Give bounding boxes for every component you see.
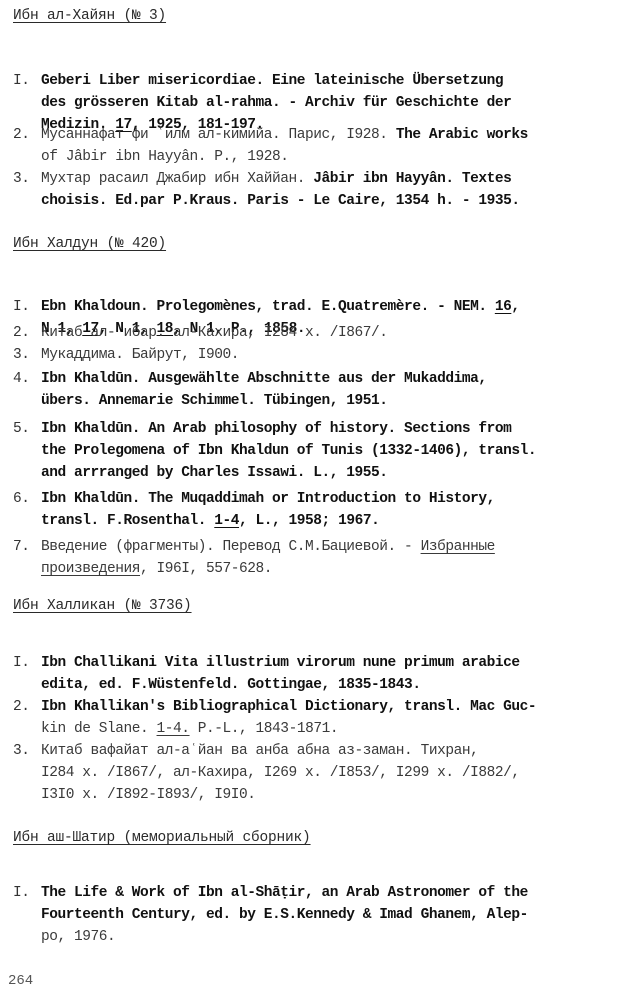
entry-text: Введение (фрагменты). Перевод С.М.Бациев… xyxy=(41,539,421,555)
entry-text: , xyxy=(511,299,519,315)
entry-number: I. xyxy=(13,882,41,904)
entry-text: 1-4. xyxy=(157,721,190,737)
entry-line: Fourteenth Century, ed. by E.S.Kennedy &… xyxy=(13,904,603,926)
entry-text: Geberi Liber misericordiae. Eine lateini… xyxy=(41,73,503,89)
entry-number: I. xyxy=(13,70,41,92)
bibliography-entry: 5.Ibn Khaldūn. An Arab philosophy of his… xyxy=(13,418,603,484)
entry-line: choisis. Ed.par P.Kraus. Paris - Le Cair… xyxy=(13,190,603,212)
entry-text: Ebn Khaldoun. Prolegomènes, trad. E.Quat… xyxy=(41,299,495,315)
entry-line: transl. F.Rosenthal. 1-4, L., 1958; 1967… xyxy=(13,510,603,532)
entry-line: I.Geberi Liber misericordiae. Eine latei… xyxy=(13,70,603,92)
entry-line: I.The Life & Work of Ibn al-Shāṭir, an A… xyxy=(13,882,603,904)
entry-text: P.-L., 1843-1871. xyxy=(190,721,339,737)
bibliography-entry: 3.Мукаддима. Байрут, I900. xyxy=(13,344,603,366)
entry-number: 3. xyxy=(13,344,41,366)
bibliography-entry: I.Ibn Challikani Vita illustrium virorum… xyxy=(13,652,603,696)
entry-text: Ibn Challikani Vita illustrium virorum n… xyxy=(41,655,520,671)
entry-number: 2. xyxy=(13,322,41,344)
entry-line: I.Ibn Challikani Vita illustrium virorum… xyxy=(13,652,603,674)
entry-text: Китаб вафайат ал-аʿйан ва анба абна аз-з… xyxy=(41,743,478,759)
entry-number: 2. xyxy=(13,124,41,146)
entry-text: transl. F.Rosenthal. xyxy=(41,513,214,529)
entry-line: 6.Ibn Khaldūn. The Muqaddimah or Introdu… xyxy=(13,488,603,510)
page-number: 264 xyxy=(8,973,33,989)
entry-text: edita, ed. F.Wüstenfeld. Gottingae, 1835… xyxy=(41,677,421,693)
entry-number: 3. xyxy=(13,168,41,190)
entry-line: po, 1976. xyxy=(13,926,603,948)
entry-text: choisis. Ed.par P.Kraus. Paris - Le Cair… xyxy=(41,193,520,209)
bibliography-entry: 2.Китаб ал-ʿибар. ал-Кахира, I284 х. /I8… xyxy=(13,322,603,344)
document-page: Ибн ал-Хайян (№ 3)I.Geberi Liber miseric… xyxy=(0,0,619,1000)
entry-line: 2.Мусаннафат фи ʿилм ал-кимийа. Парис, I… xyxy=(13,124,603,146)
entry-text: des grösseren Kitab al-rahma. - Archiv f… xyxy=(41,95,511,111)
entry-number: I. xyxy=(13,652,41,674)
entry-line: 2.Ibn Khallikan's Bibliographical Dictio… xyxy=(13,696,603,718)
entry-text: Мусаннафат фи ʿилм ал-кимийа. Парис, I92… xyxy=(41,127,396,143)
section-heading: Ибн Халликан (№ 3736) xyxy=(13,598,192,614)
entry-line: 3.Мукаддима. Байрут, I900. xyxy=(13,344,603,366)
bibliography-entry: 2.Ibn Khallikan's Bibliographical Dictio… xyxy=(13,696,603,740)
entry-line: 3.Китаб вафайат ал-аʿйан ва анба абна аз… xyxy=(13,740,603,762)
section-heading: Ибн аш-Шатир (мемориальный сборник) xyxy=(13,830,311,846)
entry-line: I.Ebn Khaldoun. Prolegomènes, trad. E.Qu… xyxy=(13,296,603,318)
entry-number: 5. xyxy=(13,418,41,440)
entry-text: kin de Slane. xyxy=(41,721,157,737)
entry-text: Ibn Khaldūn. Ausgewählte Abschnitte aus … xyxy=(41,371,487,387)
bibliography-entry: 3.Китаб вафайат ал-аʿйан ва анба абна аз… xyxy=(13,740,603,806)
entry-text: The Life & Work of Ibn al-Shāṭir, an Ara… xyxy=(41,885,528,901)
entry-line: произведения, I96I, 557-628. xyxy=(13,558,603,580)
entry-text: Мукаддима. Байрут, I900. xyxy=(41,347,239,363)
entry-line: 7.Введение (фрагменты). Перевод С.М.Баци… xyxy=(13,536,603,558)
entry-text: Мухтар расаил Джабир ибн Хаййан. xyxy=(41,171,313,187)
bibliography-entry: I.The Life & Work of Ibn al-Shāṭir, an A… xyxy=(13,882,603,948)
entry-line: of Jâbir ibn Hayyân. P., 1928. xyxy=(13,146,603,168)
bibliography-entry: 4.Ibn Khaldūn. Ausgewählte Abschnitte au… xyxy=(13,368,603,412)
entry-text: , L., 1958; 1967. xyxy=(239,513,379,529)
entry-line: I3I0 х. /I892-I893/, I9I0. xyxy=(13,784,603,806)
entry-number: 2. xyxy=(13,696,41,718)
entry-line: kin de Slane. 1-4. P.-L., 1843-1871. xyxy=(13,718,603,740)
entry-text: Ibn Khallikan's Bibliographical Dictiona… xyxy=(41,699,536,715)
entry-line: 2.Китаб ал-ʿибар. ал-Кахира, I284 х. /I8… xyxy=(13,322,603,344)
entry-text: of Jâbir ibn Hayyân. P., 1928. xyxy=(41,149,289,165)
entry-text: 1-4 xyxy=(214,513,239,529)
entry-number: 7. xyxy=(13,536,41,558)
entry-line: and arrranged by Charles Issawi. L., 195… xyxy=(13,462,603,484)
entry-text: Ibn Khaldūn. An Arab philosophy of histo… xyxy=(41,421,511,437)
bibliography-entry: 6.Ibn Khaldūn. The Muqaddimah or Introdu… xyxy=(13,488,603,532)
entry-text: , I96I, 557-628. xyxy=(140,561,272,577)
entry-text: po, 1976. xyxy=(41,929,115,945)
entry-text: Jâbir ibn Hayyân. Textes xyxy=(313,171,511,187)
entry-text: Избранные xyxy=(421,539,495,555)
entry-line: 3.Мухтар расаил Джабир ибн Хаййан. Jâbir… xyxy=(13,168,603,190)
bibliography-entry: 2.Мусаннафат фи ʿилм ал-кимийа. Парис, I… xyxy=(13,124,603,168)
bibliography-entry: 7.Введение (фрагменты). Перевод С.М.Баци… xyxy=(13,536,603,580)
entry-text: übers. Annemarie Schimmel. Tübingen, 195… xyxy=(41,393,388,409)
entry-text: Fourteenth Century, ed. by E.S.Kennedy &… xyxy=(41,907,528,923)
entry-text: The Arabic works xyxy=(396,127,528,143)
section-heading: Ибн ал-Хайян (№ 3) xyxy=(13,8,166,24)
entry-text: I284 х. /I867/, ал-Кахира, I269 х. /I853… xyxy=(41,765,520,781)
entry-number: 6. xyxy=(13,488,41,510)
entry-line: I284 х. /I867/, ал-Кахира, I269 х. /I853… xyxy=(13,762,603,784)
entry-text: and arrranged by Charles Issawi. L., 195… xyxy=(41,465,388,481)
entry-line: edita, ed. F.Wüstenfeld. Gottingae, 1835… xyxy=(13,674,603,696)
entry-text: произведения xyxy=(41,561,140,577)
entry-text: the Prolegomena of Ibn Khaldun of Tunis … xyxy=(41,443,536,459)
entry-text: Ibn Khaldūn. The Muqaddimah or Introduct… xyxy=(41,491,495,507)
entry-number: 3. xyxy=(13,740,41,762)
entry-line: the Prolegomena of Ibn Khaldun of Tunis … xyxy=(13,440,603,462)
entry-line: 4.Ibn Khaldūn. Ausgewählte Abschnitte au… xyxy=(13,368,603,390)
entry-text: Китаб ал-ʿибар. ал-Кахира, I284 х. /I867… xyxy=(41,325,388,341)
entry-line: 5.Ibn Khaldūn. An Arab philosophy of his… xyxy=(13,418,603,440)
section-heading: Ибн Халдун (№ 420) xyxy=(13,236,166,252)
entry-line: des grösseren Kitab al-rahma. - Archiv f… xyxy=(13,92,603,114)
entry-text: I3I0 х. /I892-I893/, I9I0. xyxy=(41,787,256,803)
entry-text: 16 xyxy=(495,299,512,315)
bibliography-entry: 3.Мухтар расаил Джабир ибн Хаййан. Jâbir… xyxy=(13,168,603,212)
entry-number: I. xyxy=(13,296,41,318)
entry-number: 4. xyxy=(13,368,41,390)
entry-line: übers. Annemarie Schimmel. Tübingen, 195… xyxy=(13,390,603,412)
